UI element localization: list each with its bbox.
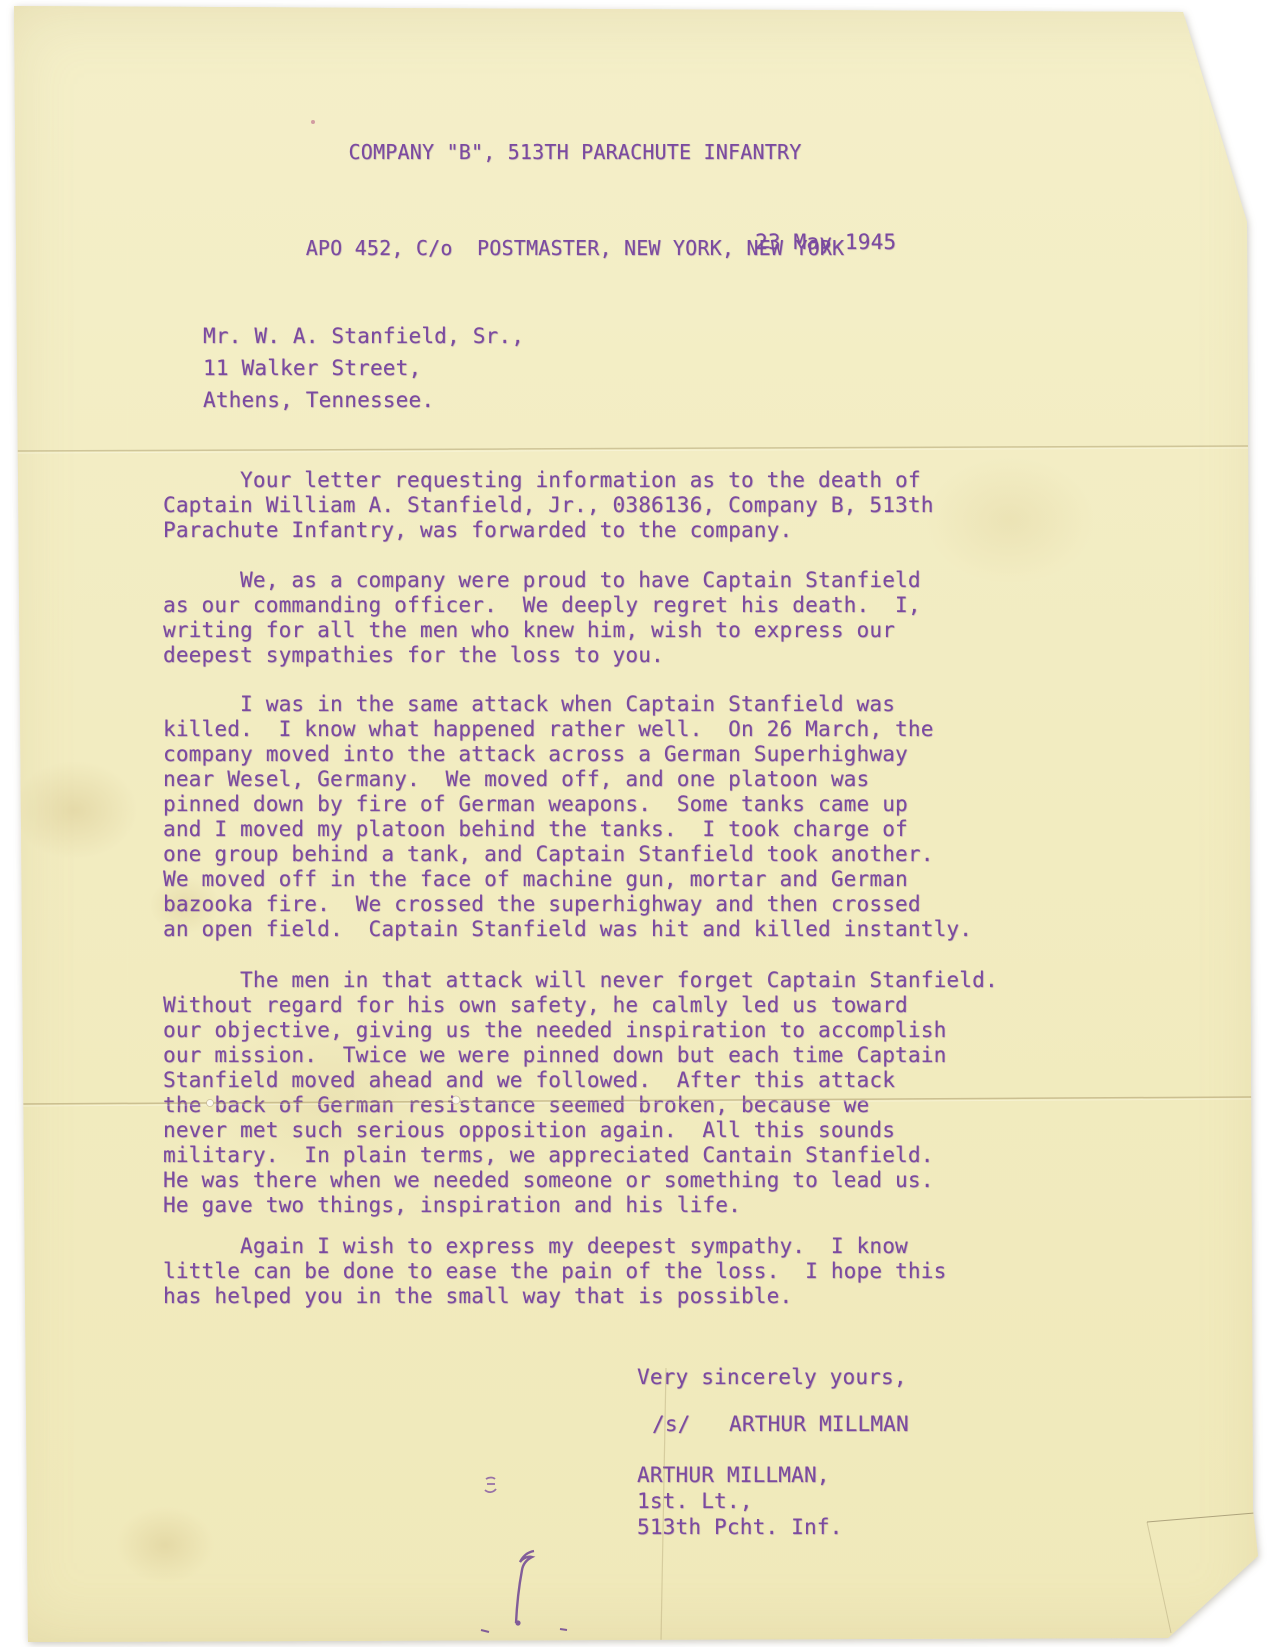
- body-paragraph-5: Again I wish to express my deepest sympa…: [163, 1234, 946, 1309]
- fold-crease-upper: [16, 446, 1248, 453]
- body-paragraph-4: The men in that attack will never forget…: [163, 968, 998, 1218]
- recipient-address: Mr. W. A. Stanfield, Sr., 11 Walker Stre…: [203, 320, 524, 416]
- pen-stroke-mark: [481, 1551, 567, 1632]
- paper-shadow-wrap: COMPANY "B", 513TH PARACHUTE INFANTRY AP…: [0, 0, 1273, 1647]
- letterhead: COMPANY "B", 513TH PARACHUTE INFANTRY AP…: [255, 72, 895, 328]
- body-paragraph-1: Your letter requesting information as to…: [163, 468, 934, 543]
- dog-ear-fold-line: [1147, 1512, 1267, 1633]
- scanned-letter-page: COMPANY "B", 513TH PARACHUTE INFANTRY AP…: [0, 0, 1273, 1647]
- letter-paper: COMPANY "B", 513TH PARACHUTE INFANTRY AP…: [0, 0, 1273, 1647]
- ink-smudge: [485, 1478, 496, 1493]
- closing-sign-off: Very sincerely yours,: [637, 1365, 907, 1390]
- body-paragraph-3: I was in the same attack when Captain St…: [163, 692, 972, 942]
- signature-line: /s/ ARTHUR MILLMAN: [652, 1412, 909, 1437]
- signature-identity-block: ARTHUR MILLMAN, 1st. Lt., 513th Pcht. In…: [637, 1462, 843, 1540]
- date-line: 23 May 1945: [755, 230, 896, 255]
- body-paragraph-2: We, as a company were proud to have Capt…: [163, 568, 921, 668]
- letterhead-unit-line: COMPANY "B", 513TH PARACHUTE INFANTRY: [255, 136, 895, 168]
